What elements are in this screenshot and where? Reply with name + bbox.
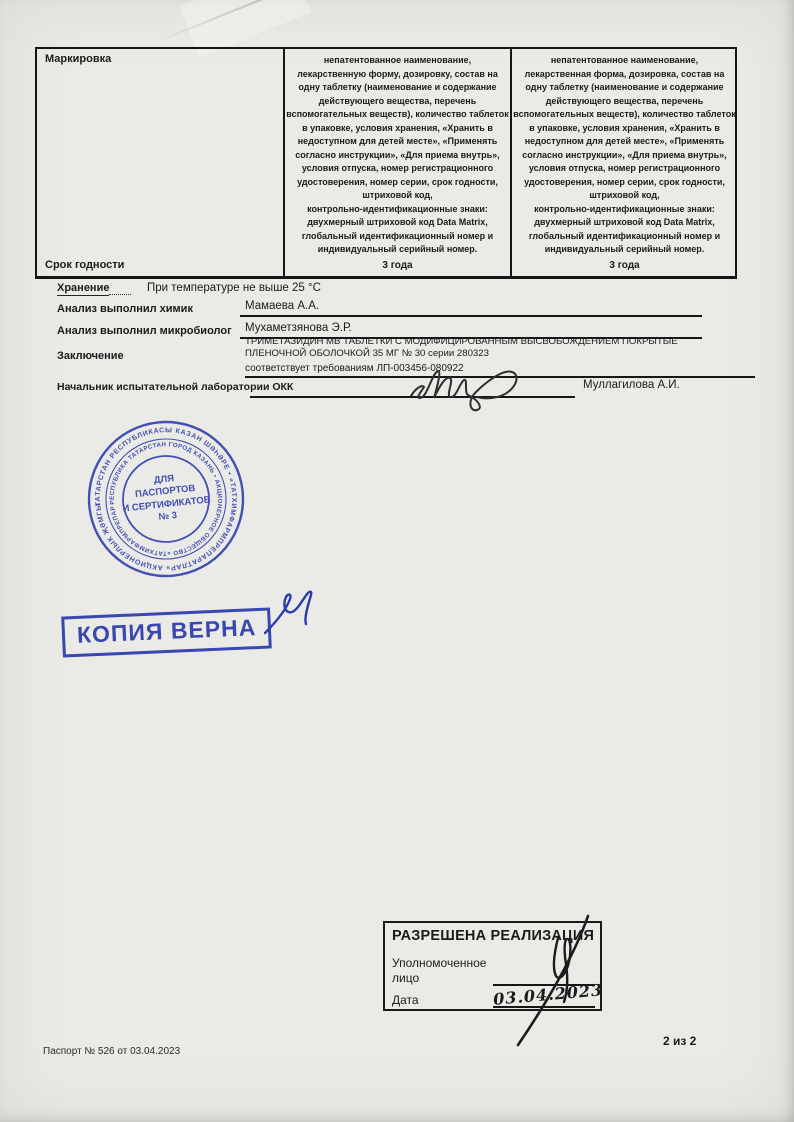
chemist-value: Мамаева А.А. [245,300,319,312]
storage-value: При температуре не выше 25 °С [147,282,321,294]
footer-passport-number: Паспорт № 526 от 03.04.2023 [43,1046,180,1057]
marking-cell-col2: непатентованное наименование, лекарствен… [286,54,509,257]
conclusion-line1: ТРИМЕТАЗИДИН МВ ТАБЛЕТКИ С МОДИФИЦИРОВАН… [245,336,723,348]
footer-page-indicator: 2 из 2 [663,1034,696,1048]
shelf-life-row-label: Срок годности [45,259,124,271]
storage-label: Хранение [57,282,131,295]
copy-verna-stamp: КОПИЯ ВЕРНА [61,607,272,657]
marking-cell-col3: непатентованное наименование, лекарствен… [513,54,736,257]
marking-row-label: Маркировка [45,53,111,65]
microbiologist-value: Мухаметзянова Э.Р. [245,322,352,334]
release-signature [470,912,610,1050]
table-divider-1 [283,49,285,276]
chemist-label: Анализ выполнил химик [57,303,193,315]
round-stamp: ТАТАРСТАН РЕСПУБЛИКАСЫ КАЗАН ШӘҺӘРЕ • «Т… [75,408,257,590]
lab-head-signature [405,356,550,414]
shelf-life-cell-col3: 3 года [513,260,736,271]
chemist-underline [240,315,702,317]
conclusion-label: Заключение [57,350,124,362]
copy-verna-signature [255,583,337,641]
lab-head-name: Муллагилова А.И. [583,379,680,391]
characteristics-table: Маркировка Срок годности непатентованное… [35,47,737,279]
stamp-center-text: ДЛЯ ПАСПОРТОВ И СЕРТИФИКАТОВ № 3 [119,469,214,528]
release-date-label: Дата [392,993,419,1007]
dotted-line [109,282,131,295]
lab-head-label: Начальник испытательной лаборатории ОКК [57,381,293,393]
shelf-life-cell-col2: 3 года [286,260,509,271]
table-divider-2 [510,49,512,276]
scanned-passport-page: Маркировка Срок годности непатентованное… [0,0,794,1122]
microbiologist-label: Анализ выполнил микробиолог [57,325,232,337]
